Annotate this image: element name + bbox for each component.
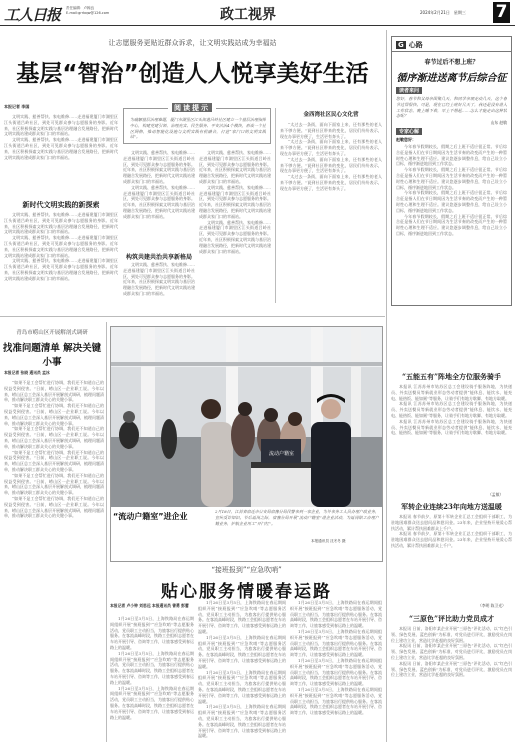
story2-body: 本报讯 春节前夕，原第十军转企业汇总工会组织干部职工，为驻地困难群众送去慰问品和… (391, 514, 512, 606)
lead-kicker: 让志愿服务更贴近群众诉求，让文明实践站成为幸福站 (0, 38, 385, 48)
svg-text:流动户籍室: 流动户籍室 (269, 450, 294, 457)
story2-headline: 军转企业连续23年向地方送温暖 (391, 502, 512, 512)
expert-label: 专家心解 (396, 128, 422, 135)
photo-credit: 本报通讯员 沈冬冬 摄 (311, 539, 346, 544)
reader-sign: 山东 赵敏 (491, 120, 507, 126)
bottom-body-col3: 1月26日至3月5日，上海铁路局在春运期间组织开展“接班报到”“应急吹哨”等志愿… (290, 600, 382, 744)
story1-headline: “五能五有”阵地全方位服务骑手 (391, 372, 512, 382)
xinlu-label: 心路 (409, 40, 423, 50)
left-body: “如果不是工会帮忙进行协调，我们还不知道自己的权益受到侵害。”日前，崂山区一企业… (4, 380, 104, 630)
reader-text: 您好，春节和父母亲团聚几天，和同学亲朋走动几天，这个春节过得很快。可是，现在已经… (396, 96, 507, 120)
xinlu-box: G 心路 春节过后不想上班？ 循序渐进送离节后综合征 读者来问 您好，春节和父母… (391, 36, 512, 306)
xinlu-icon: G (396, 41, 406, 49)
divider (386, 30, 387, 742)
story2-credit: （李明 陈卫光） (478, 603, 506, 609)
reader-label: 读者来问 (396, 87, 422, 94)
lead-body-col2b: 文明实践、慈善帮扶、家电维修……走进福建厦门市湖里区江头街道吕岭社区，到处可见群… (123, 262, 195, 302)
divider (106, 322, 107, 742)
photo-caption: 2月18日，江苏省宿迁市公安局宿豫分局民警来到一家企业，为外来务工人员办理户政业… (215, 509, 379, 537)
story1-credit: （孟敏） (488, 492, 503, 498)
lead-headline: 基层“智治”创造人人悦享美好生活 (0, 55, 385, 88)
lead-body-col1: 文明实践、慈善帮扶、家电维修……走进福建厦门市湖里区江头街道吕岭社区，到处可见群… (4, 114, 118, 198)
story3-body: 本报讯 日前，洛阳市某企业开展“三原色”评比活动，以“红色引领、绿色发展、蓝色创… (391, 626, 512, 744)
xinlu-headline: 循序渐进送离节后综合征 (392, 69, 511, 84)
bottom-kicker: “接班报到”“应急吹哨” (110, 565, 383, 575)
lead-body-col3: 文明实践、慈善帮扶、家电维修……走进福建厦门市湖里区江头街道吕岭社区，到处可见群… (199, 150, 271, 300)
editor-info: 责任编辑：卢翰良 E-mail:grrbqw@126.com (66, 6, 109, 16)
lead-subhead-1: 新时代文明实践的新探索 (4, 200, 118, 210)
left-headline: 找准问题清单 解决关键小事 (2, 340, 102, 368)
lead-byline: 本报记者 李国 (4, 104, 29, 110)
xinlu-header: G 心路 (396, 40, 423, 50)
masthead: 工人日报 责任编辑：卢翰良 E-mail:grrbqw@126.com 政工视界… (0, 0, 515, 26)
news-photo: 流动户籍室 (111, 327, 382, 507)
editor-note-box: 阅读提示 为破解基层治理难题，厦门市湖里区江头街道吕岭社区建立一个基层治理指挥中… (123, 108, 271, 144)
editor-note-label: 阅读提示 (172, 103, 212, 112)
left-byline: 本报记者 张晓 通讯员 孟冰 (4, 370, 50, 376)
page-number: 7 (493, 2, 510, 23)
xinlu-question: 春节过后不想上班？ (392, 57, 511, 66)
section-title: 政工视界 (220, 4, 276, 24)
photo-frame: 流动户籍室 “流动户籍室”进企业 2月18日，江苏省宿迁市公安局宿豫分局民警来到… (110, 326, 383, 562)
left-kicker: 青岛市崂山区开展解剖式调研 (2, 328, 102, 336)
newspaper-logo: 工人日报 (4, 4, 60, 25)
story1-body: 本报讯 江苏苏州市姑苏区总工会建设骑手服务阵地，为快递员、外卖送餐员等新就业形态… (391, 384, 512, 496)
lead-body-col2: 文明实践、慈善帮扶、家电维修……走进福建厦门市湖里区江头街道吕岭社区，到处可见群… (123, 150, 195, 250)
photo-headline: “流动户籍室”进企业 (113, 511, 213, 522)
bottom-body-col2: 1月26日至3月5日，上海铁路局在春运期间组织开展“接班报到”“应急吹哨”等志愿… (198, 600, 286, 744)
bottom-body-col1: 1月26日至3月5日，上海铁路局在春运期间组织开展“接班报到”“应急吹哨”等志愿… (110, 616, 194, 744)
editor-note-text: 为破解基层治理难题，厦门市湖里区江头街道吕岭社区建立一个基层治理指挥中心，构建党… (130, 117, 266, 143)
issue-date: 2024年2月21日 星期三 (420, 10, 466, 16)
divider (392, 51, 511, 52)
story3-headline: “三原色”评比助力党员成才 (391, 614, 512, 624)
divider (275, 108, 276, 303)
expert-text: 今年春节假期较长，假期之后上班不适应很正常。节后综合征是指人们在节日期间因为生活… (396, 144, 507, 304)
sidebar-headline: 金西湾社区民心文化营 (280, 110, 382, 118)
sidebar-body: “太过去一条街，面向下面家上来，还有那些的老人来不够方便。”说到社区带来的变化，… (280, 122, 382, 302)
expert-greeting: 赵敏您好： (396, 137, 416, 143)
bottom-byline: 本报记者 卢小钟 刘思远 本报通讯员 曾勇 彭蕾 (110, 603, 194, 608)
bottom-headline: 贴心服务情暖春运路 (110, 577, 383, 602)
editor-note-label-wrap: 阅读提示 (168, 103, 216, 113)
lead-subhead-2: 构筑共建共治共享新格局 (123, 252, 195, 261)
lead-body-col1b: 文明实践、慈善帮扶、家电维修……走进福建厦门市湖里区江头街道吕岭社区，到处可见群… (4, 212, 118, 312)
divider (0, 316, 385, 317)
